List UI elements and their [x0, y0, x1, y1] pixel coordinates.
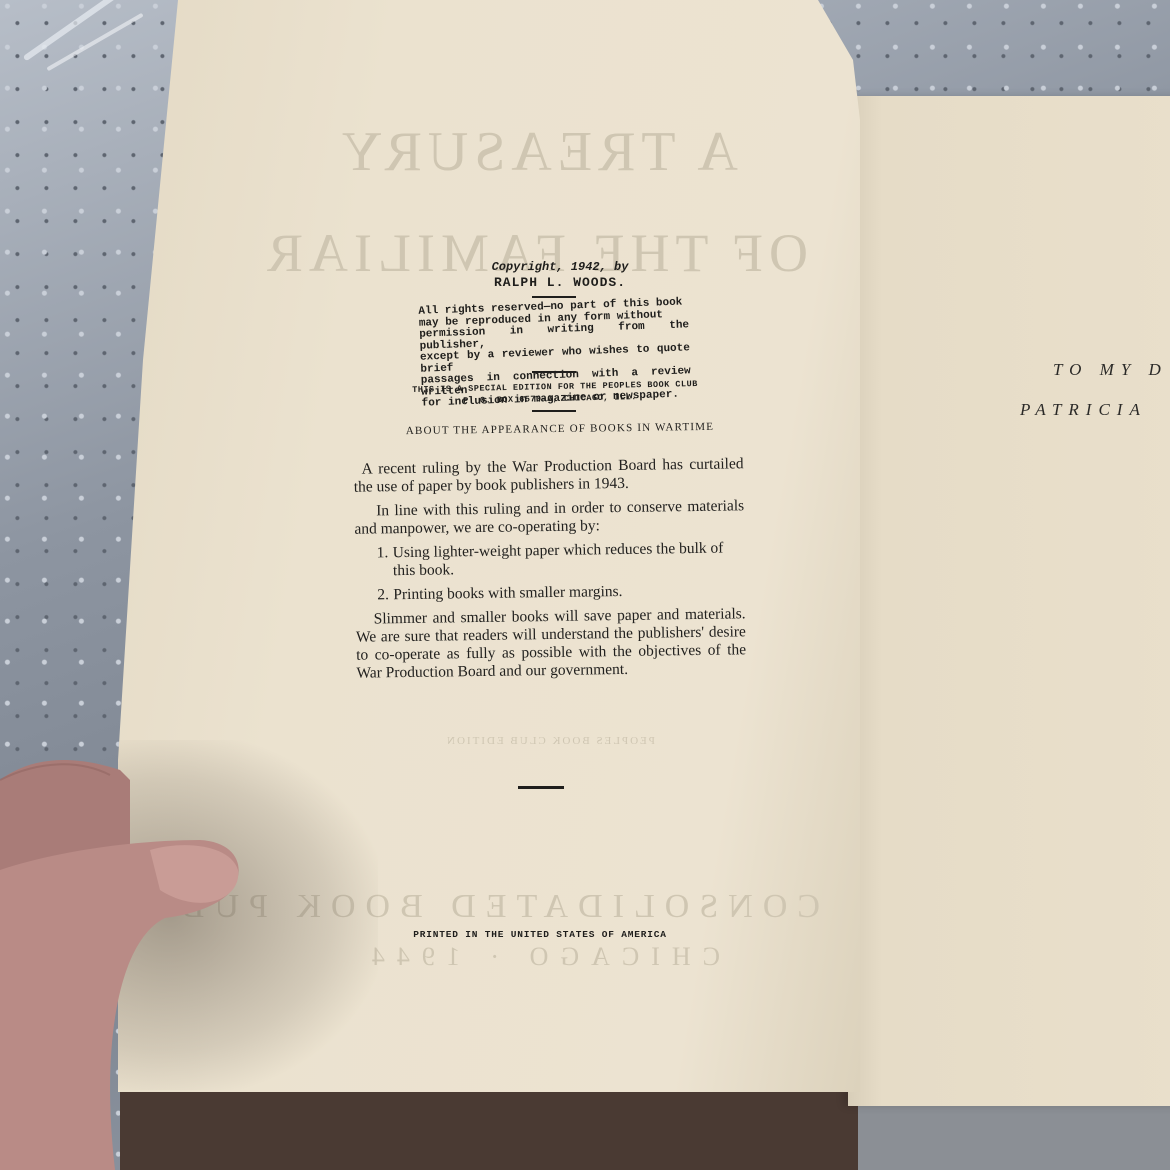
hand [0, 740, 270, 1170]
paragraph: In line with this ruling and in order to… [354, 497, 744, 538]
printed-in-usa: PRINTED IN THE UNITED STATES OF AMERICA [380, 929, 700, 940]
list-number: 1. [377, 544, 394, 580]
show-through-edition: PEOPLES BOOK CLUB EDITION [420, 735, 680, 747]
paragraph: Slimmer and smaller books will save pape… [356, 605, 747, 682]
show-through-title-line-1: A TREASURY [368, 120, 738, 184]
list-number: 2. [377, 586, 393, 604]
copyright-author: RALPH L. WOODS. [430, 275, 690, 290]
list-text: Using lighter-weight paper which reduces… [393, 539, 745, 580]
copyright-line: Copyright, 1942, by [430, 260, 690, 274]
list-item: 2. Printing books with smaller margins. [377, 581, 745, 604]
show-through-place-year: CHICAGO · 1944 [400, 942, 720, 972]
dedication-line-2: PATRICIA [1020, 400, 1147, 420]
list-item: 1. Using lighter-weight paper which redu… [377, 539, 745, 580]
dedication-line-1: TO MY D [1053, 360, 1168, 380]
paragraph: A recent ruling by the War Production Bo… [353, 455, 743, 496]
divider-rule [532, 410, 576, 412]
list-text: Printing books with smaller margins. [393, 581, 745, 604]
right-page: TO MY D PATRICIA [848, 96, 1170, 1106]
divider-rule [532, 371, 576, 373]
stone-surface-strip [858, 1106, 1170, 1170]
divider-rule [532, 296, 576, 298]
section-divider-rule [518, 786, 564, 789]
wartime-notice-body: A recent ruling by the War Production Bo… [353, 455, 746, 688]
